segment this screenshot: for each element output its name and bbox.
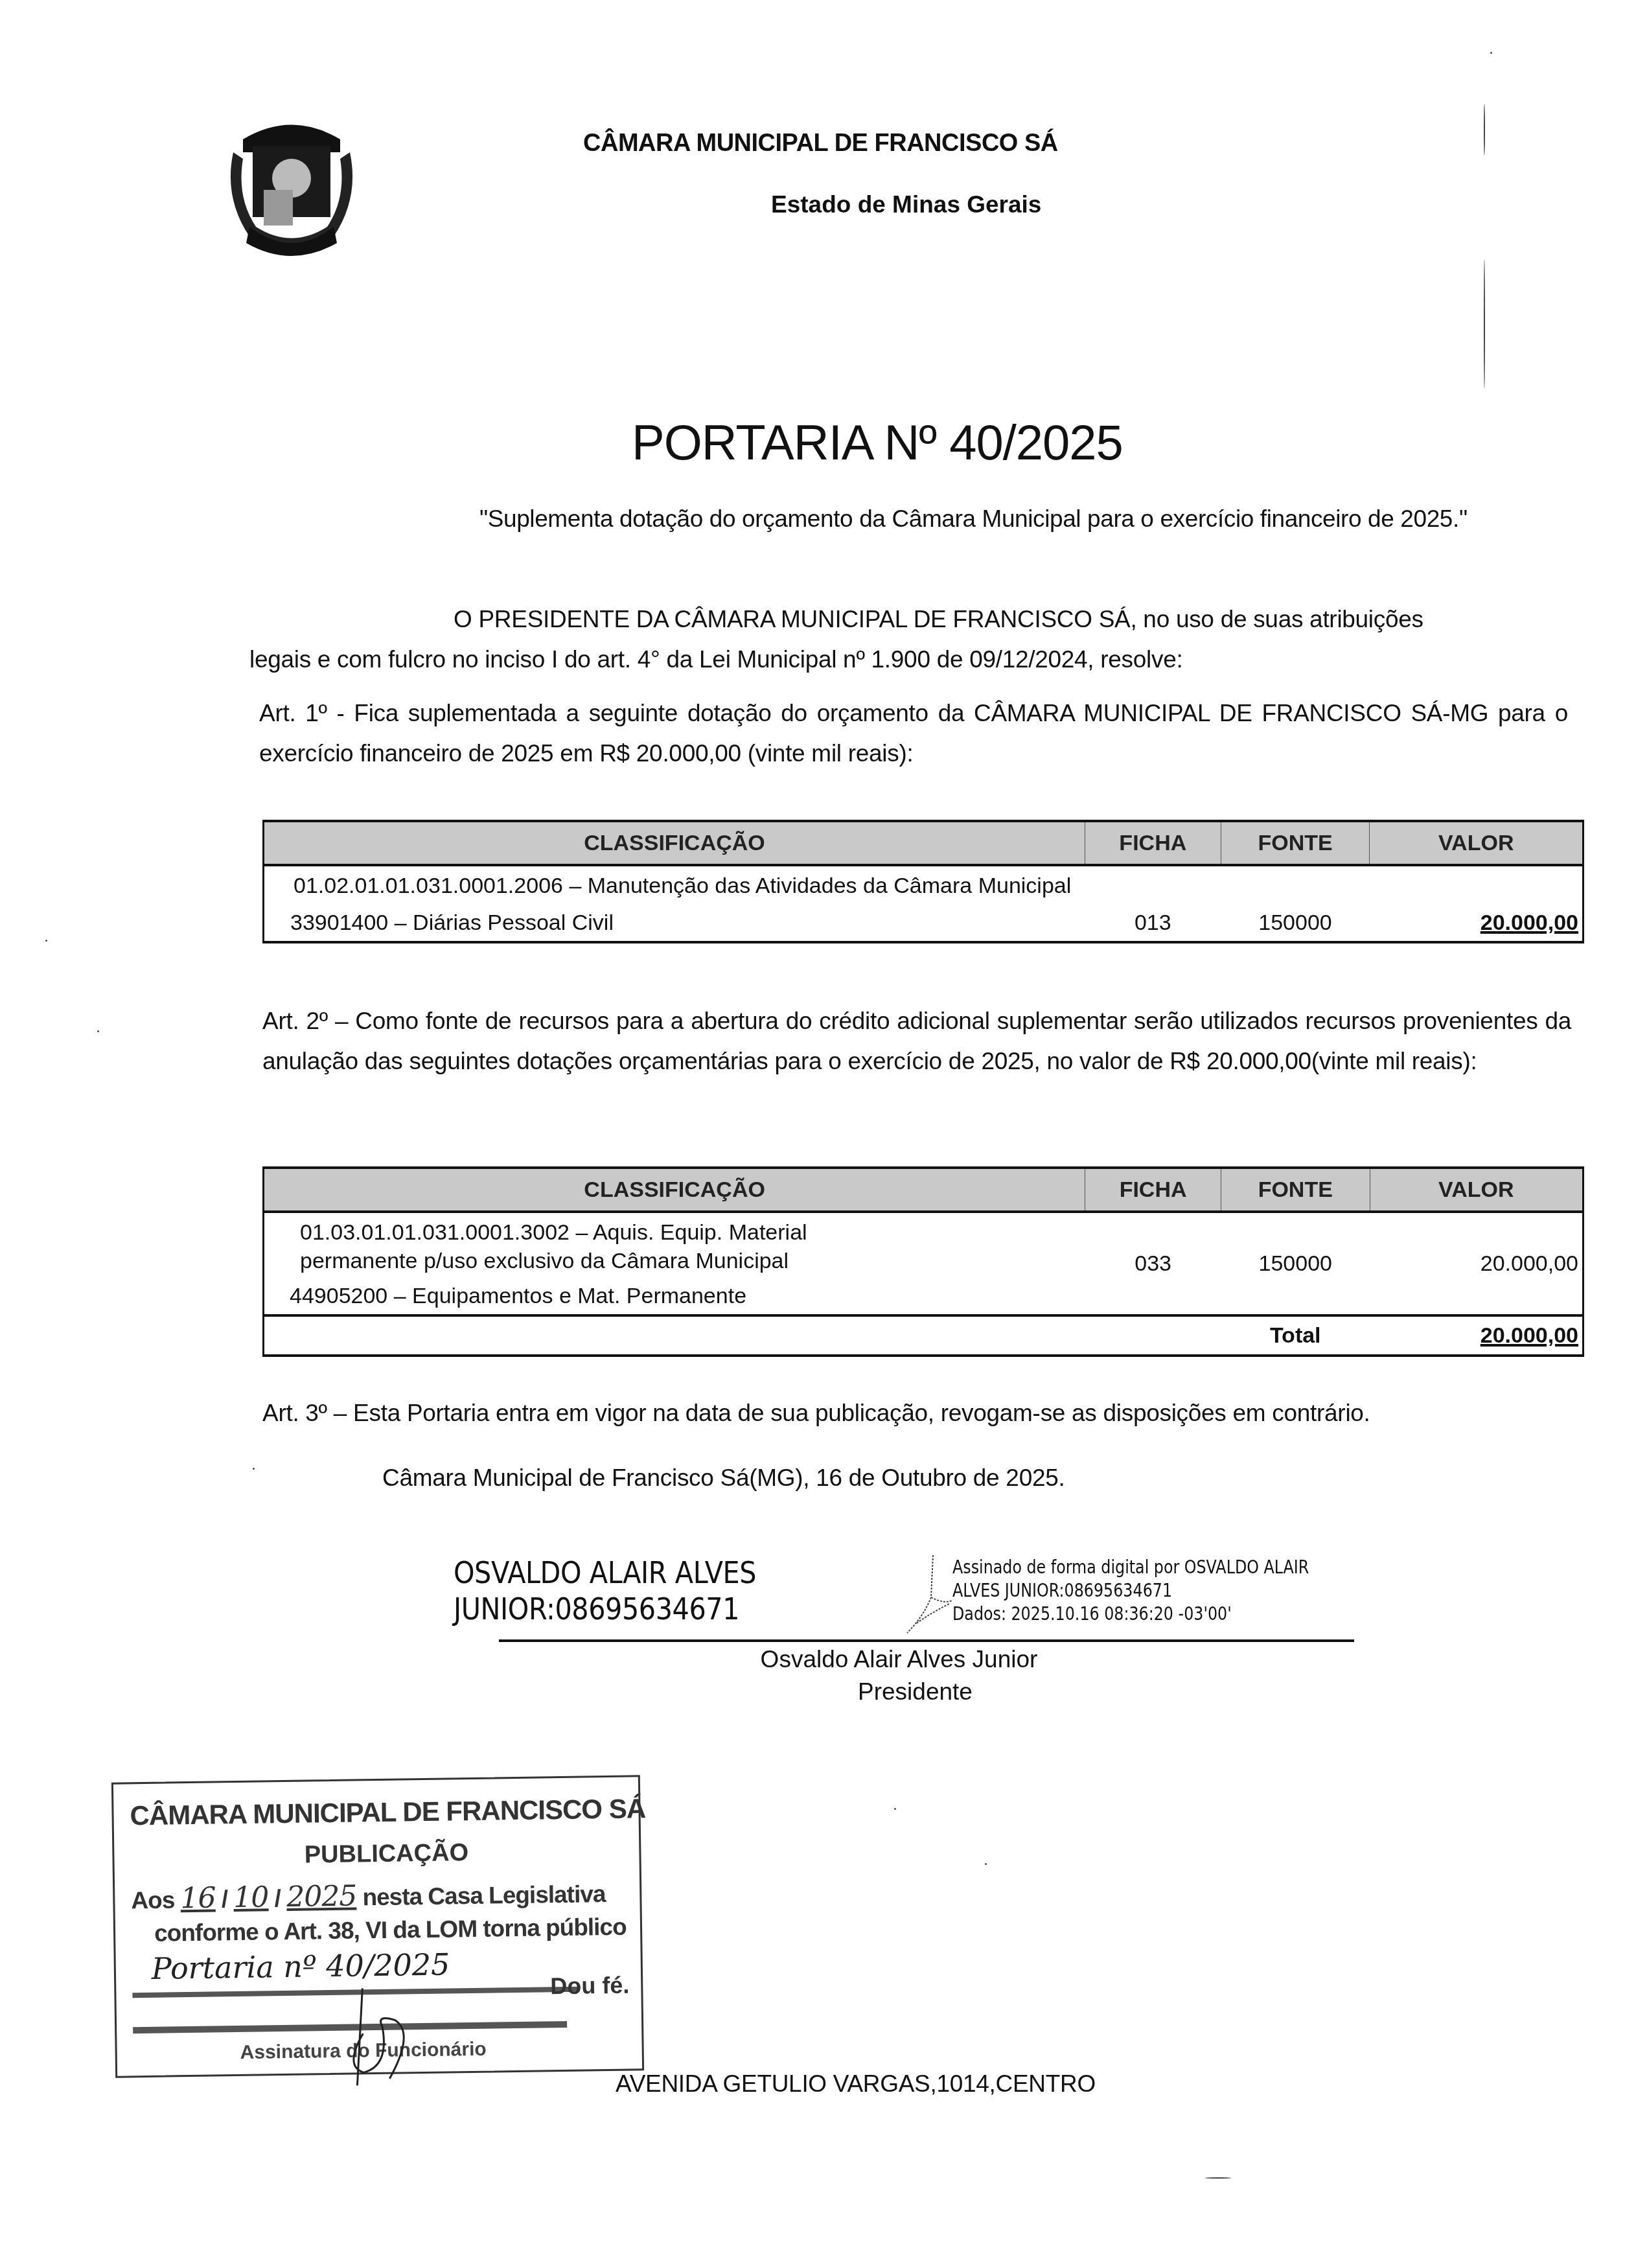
scan-speck — [1484, 104, 1485, 156]
digital-signature-info: Assinado de forma digital por OSVALDO AL… — [952, 1555, 1309, 1625]
classificacao-cell: 01.02.01.01.031.0001.2006 – Manutenção d… — [264, 865, 1085, 905]
scan-speck — [1490, 52, 1492, 54]
footer-address: AVENIDA GETULIO VARGAS,1014,CENTRO — [616, 2070, 1096, 2098]
supplement-table: CLASSIFICAÇÃO FICHA FONTE VALOR 01.02.01… — [262, 820, 1584, 943]
col-valor: VALOR — [1370, 1168, 1583, 1212]
divider — [262, 1354, 1584, 1357]
stamp-institution: CÂMARA MUNICIPAL DE FRANCISCO SÁ — [130, 1793, 645, 1831]
fonte-cell: 150000 — [1221, 1212, 1370, 1315]
preamble-line2: legais e com fulcro no inciso I do art. … — [249, 646, 1182, 673]
total-value: 20.000,00 — [1480, 1323, 1578, 1348]
total-row: Total 20.000,00 — [264, 1315, 1584, 1354]
signature-line — [499, 1639, 1354, 1642]
signer-name: Osvaldo Alair Alves Junior — [0, 1646, 1636, 1673]
ficha-cell: 033 — [1085, 1212, 1221, 1315]
col-classificacao: CLASSIFICAÇÃO — [264, 821, 1085, 865]
pdf-signature-icon — [904, 1552, 956, 1636]
col-valor: VALOR — [1370, 821, 1584, 865]
coat-of-arms-icon — [224, 113, 360, 259]
classificacao-cell: 01.03.01.01.031.0001.3002 – Aquis. Equip… — [264, 1212, 1085, 1315]
handwritten-signature-icon — [336, 1974, 441, 2086]
valor-cell: 20.000,00 — [1370, 1212, 1583, 1315]
ficha-cell: 013 — [1085, 905, 1221, 942]
scan-speck — [1484, 259, 1485, 389]
dateline: Câmara Municipal de Francisco Sá(MG), 16… — [382, 1464, 1065, 1492]
stamp-title: PUBLICAÇÃO — [114, 1836, 639, 1871]
document-title: PORTARIA Nº 40/2025 — [632, 415, 1123, 471]
col-fonte: FONTE — [1221, 1168, 1370, 1212]
signer-role: Presidente — [0, 1678, 1636, 1706]
stamp-day: 16 — [180, 1881, 216, 1915]
table-row: 01.02.01.01.031.0001.2006 – Manutenção d… — [264, 865, 1584, 905]
col-fonte: FONTE — [1221, 821, 1370, 865]
scan-speck — [97, 1030, 99, 1032]
scan-speck — [1205, 2177, 1231, 2179]
col-ficha: FICHA — [1085, 1168, 1221, 1212]
preamble-line1: O PRESIDENTE DA CÂMARA MUNICIPAL DE FRAN… — [454, 606, 1423, 632]
stamp-month: 10 — [233, 1880, 269, 1914]
preamble: O PRESIDENTE DA CÂMARA MUNICIPAL DE FRAN… — [249, 599, 1571, 680]
fonte-cell: 150000 — [1221, 905, 1370, 942]
stamp-dou-fe: Dou fé. — [550, 1972, 630, 2000]
stamp-legal-basis: conforme o Art. 38, VI da LOM torna públ… — [154, 1914, 627, 1947]
scan-speck — [253, 1468, 255, 1470]
scan-speck — [45, 940, 47, 942]
publication-stamp: CÂMARA MUNICIPAL DE FRANCISCO SÁ PUBLICA… — [111, 1775, 644, 2077]
scan-speck — [894, 1808, 896, 1810]
scan-speck — [985, 1863, 987, 1865]
valor-cell: 20.000,00 — [1480, 910, 1578, 935]
institution-name: CÂMARA MUNICIPAL DE FRANCISCO SÁ — [583, 130, 1296, 157]
document-subtitle: "Suplementa dotação do orçamento da Câma… — [479, 505, 1468, 533]
classificacao-cell: 33901400 – Diárias Pessoal Civil — [264, 905, 1085, 942]
stamp-year: 2025 — [286, 1879, 357, 1914]
table-row: 33901400 – Diárias Pessoal Civil 013 150… — [264, 905, 1584, 942]
article-1: Art. 1º - Fica suplementada a seguinte d… — [259, 693, 1568, 774]
state-name: Estado de Minas Gerais — [771, 191, 1041, 218]
col-classificacao: CLASSIFICAÇÃO — [264, 1168, 1085, 1212]
article-2: Art. 2º – Como fonte de recursos para a … — [262, 1001, 1571, 1082]
table-row: 01.03.01.01.031.0001.3002 – Aquis. Equip… — [264, 1212, 1584, 1315]
annulment-table: CLASSIFICAÇÃO FICHA FONTE VALOR 01.03.01… — [262, 1166, 1584, 1354]
article-3: Art. 3º – Esta Portaria entra em vigor n… — [262, 1400, 1370, 1427]
stamp-date-line: Aos 16 / 10 / 2025 nesta Casa Legislativ… — [131, 1876, 606, 1915]
digital-signer-name: OSVALDO ALAIR ALVES JUNIOR:08695634671 — [454, 1555, 756, 1628]
col-ficha: FICHA — [1085, 821, 1221, 865]
total-label: Total — [1221, 1315, 1370, 1354]
